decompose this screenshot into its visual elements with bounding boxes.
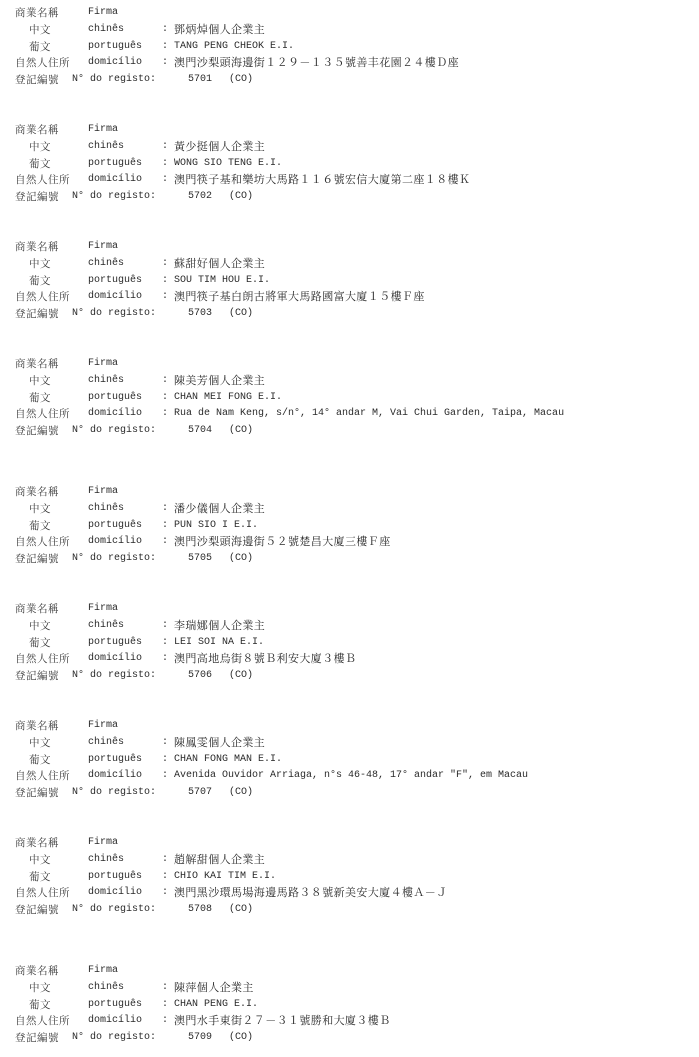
domicile-label-zh: 自然人住所	[15, 55, 70, 71]
registry-label-pt: N° do registo:	[72, 668, 156, 684]
registry-label-pt: N° do registo:	[72, 72, 156, 88]
domicile-label-pt: domicílio	[88, 651, 142, 667]
registry-tag: (CO)	[229, 1030, 253, 1046]
colon: :	[162, 534, 168, 550]
registry-number: 5706	[188, 668, 212, 684]
firm-label-pt: Firma	[88, 484, 118, 500]
colon: :	[162, 618, 168, 634]
chinese-label-zh: 中文	[29, 139, 51, 155]
chinese-label-zh: 中文	[29, 373, 51, 389]
firm-name-portuguese: CHAN MEI FONG E.I.	[174, 390, 282, 406]
registry-tag: (CO)	[229, 306, 253, 322]
portuguese-label-zh: 葡文	[29, 390, 51, 406]
portuguese-label-zh: 葡文	[29, 156, 51, 172]
registry-label-pt: N° do registo:	[72, 902, 156, 918]
registry-number: 5701	[188, 72, 212, 88]
firm-name-portuguese: CHAN PENG E.I.	[174, 997, 258, 1013]
colon: :	[162, 156, 168, 172]
firm-label-zh: 商業名稱	[15, 963, 59, 979]
firm-label-pt: Firma	[88, 356, 118, 372]
firm-label-zh: 商業名稱	[15, 718, 59, 734]
registry-label-pt: N° do registo:	[72, 551, 156, 567]
chinese-label-pt: chinês	[88, 980, 124, 996]
firm-label-zh: 商業名稱	[15, 122, 59, 138]
firm-label-zh: 商業名稱	[15, 601, 59, 617]
portuguese-label-pt: português	[88, 273, 142, 289]
domicile-label-pt: domicílio	[88, 55, 142, 71]
firm-name-chinese: 陳鳳雯個人企業主	[174, 735, 265, 751]
registry-label-pt: N° do registo:	[72, 423, 156, 439]
registry-label-zh: 登記編號	[15, 423, 59, 439]
domicile-address: 澳門沙梨頭海邊街５２號楚昌大廈三樓Ｆ座	[174, 534, 391, 550]
colon: :	[162, 273, 168, 289]
colon: :	[162, 289, 168, 305]
portuguese-label-pt: português	[88, 752, 142, 768]
portuguese-label-pt: português	[88, 390, 142, 406]
chinese-label-zh: 中文	[29, 22, 51, 38]
firm-label-zh: 商業名稱	[15, 356, 59, 372]
colon: :	[162, 852, 168, 868]
chinese-label-zh: 中文	[29, 256, 51, 272]
portuguese-label-pt: português	[88, 869, 142, 885]
colon: :	[162, 635, 168, 651]
firm-label-pt: Firma	[88, 601, 118, 617]
registry-label-pt: N° do registo:	[72, 785, 156, 801]
colon: :	[162, 651, 168, 667]
portuguese-label-pt: português	[88, 518, 142, 534]
portuguese-label-zh: 葡文	[29, 635, 51, 651]
registry-number: 5704	[188, 423, 212, 439]
chinese-label-pt: chinês	[88, 852, 124, 868]
domicile-label-zh: 自然人住所	[15, 768, 70, 784]
firm-name-portuguese: LEI SOI NA E.I.	[174, 635, 264, 651]
firm-name-chinese: 陳美芳個人企業主	[174, 373, 265, 389]
registry-label-zh: 登記編號	[15, 668, 59, 684]
portuguese-label-zh: 葡文	[29, 869, 51, 885]
chinese-label-pt: chinês	[88, 256, 124, 272]
firm-name-portuguese: CHAN FONG MAN E.I.	[174, 752, 282, 768]
colon: :	[162, 256, 168, 272]
registry-tag: (CO)	[229, 423, 253, 439]
portuguese-label-pt: português	[88, 156, 142, 172]
firm-name-chinese: 蘇甜好個人企業主	[174, 256, 265, 272]
registry-label-zh: 登記編號	[15, 306, 59, 322]
domicile-label-zh: 自然人住所	[15, 1013, 70, 1029]
domicile-address: 澳門沙梨頭海邊街１２９－１３５號善丰花園２４樓Ｄ座	[174, 55, 459, 71]
colon: :	[162, 139, 168, 155]
portuguese-label-pt: português	[88, 39, 142, 55]
portuguese-label-zh: 葡文	[29, 273, 51, 289]
domicile-address: Avenida Ouvidor Arriaga, n°s 46-48, 17° …	[174, 768, 528, 784]
portuguese-label-zh: 葡文	[29, 39, 51, 55]
domicile-label-zh: 自然人住所	[15, 289, 70, 305]
registry-tag: (CO)	[229, 551, 253, 567]
colon: :	[162, 172, 168, 188]
portuguese-label-pt: português	[88, 997, 142, 1013]
firm-name-portuguese: PUN SIO I E.I.	[174, 518, 258, 534]
colon: :	[162, 39, 168, 55]
domicile-address: 澳門水手東街２７－３１號勝和大廈３樓Ｂ	[174, 1013, 391, 1029]
domicile-address: 澳門黑沙環馬場海邊馬路３８號新美安大廈４樓Ａ－Ｊ	[174, 885, 448, 901]
chinese-label-zh: 中文	[29, 501, 51, 517]
chinese-label-pt: chinês	[88, 373, 124, 389]
colon: :	[162, 768, 168, 784]
registry-label-zh: 登記編號	[15, 189, 59, 205]
chinese-label-pt: chinês	[88, 22, 124, 38]
registry-number: 5707	[188, 785, 212, 801]
domicile-label-pt: domicílio	[88, 534, 142, 550]
registry-tag: (CO)	[229, 668, 253, 684]
colon: :	[162, 22, 168, 38]
registry-label-pt: N° do registo:	[72, 306, 156, 322]
registry-label-pt: N° do registo:	[72, 1030, 156, 1046]
firm-label-pt: Firma	[88, 963, 118, 979]
domicile-label-pt: domicílio	[88, 406, 142, 422]
registry-tag: (CO)	[229, 785, 253, 801]
domicile-label-zh: 自然人住所	[15, 172, 70, 188]
firm-label-zh: 商業名稱	[15, 484, 59, 500]
firm-name-chinese: 趙解甜個人企業主	[174, 852, 265, 868]
firm-name-chinese: 黃少挺個人企業主	[174, 139, 265, 155]
domicile-label-zh: 自然人住所	[15, 885, 70, 901]
registry-number: 5708	[188, 902, 212, 918]
chinese-label-pt: chinês	[88, 618, 124, 634]
firm-name-portuguese: WONG SIO TENG E.I.	[174, 156, 282, 172]
chinese-label-pt: chinês	[88, 139, 124, 155]
colon: :	[162, 735, 168, 751]
firm-name-portuguese: TANG PENG CHEOK E.I.	[174, 39, 294, 55]
registry-label-pt: N° do registo:	[72, 189, 156, 205]
chinese-label-pt: chinês	[88, 501, 124, 517]
domicile-address: 澳門筷子基白朗古將軍大馬路國富大廈１５樓Ｆ座	[174, 289, 425, 305]
registry-number: 5702	[188, 189, 212, 205]
registry-label-zh: 登記編號	[15, 785, 59, 801]
colon: :	[162, 501, 168, 517]
registry-label-zh: 登記編號	[15, 902, 59, 918]
firm-name-chinese: 李瑞娜個人企業主	[174, 618, 265, 634]
registry-tag: (CO)	[229, 902, 253, 918]
colon: :	[162, 869, 168, 885]
colon: :	[162, 406, 168, 422]
domicile-label-pt: domicílio	[88, 172, 142, 188]
firm-name-chinese: 潘少儀個人企業主	[174, 501, 265, 517]
colon: :	[162, 997, 168, 1013]
domicile-address: 澳門筷子基和樂坊大馬路１１６號宏信大廈第二座１８樓Ｋ	[174, 172, 470, 188]
colon: :	[162, 980, 168, 996]
firm-label-pt: Firma	[88, 5, 118, 21]
colon: :	[162, 373, 168, 389]
portuguese-label-pt: português	[88, 635, 142, 651]
registry-tag: (CO)	[229, 72, 253, 88]
colon: :	[162, 390, 168, 406]
firm-label-zh: 商業名稱	[15, 239, 59, 255]
chinese-label-pt: chinês	[88, 735, 124, 751]
colon: :	[162, 752, 168, 768]
registry-label-zh: 登記編號	[15, 551, 59, 567]
firm-name-portuguese: SOU TIM HOU E.I.	[174, 273, 270, 289]
firm-name-portuguese: CHIO KAI TIM E.I.	[174, 869, 276, 885]
registry-number: 5703	[188, 306, 212, 322]
portuguese-label-zh: 葡文	[29, 752, 51, 768]
domicile-label-pt: domicílio	[88, 768, 142, 784]
domicile-address: 澳門高地烏街８號Ｂ利安大廈３樓Ｂ	[174, 651, 356, 667]
colon: :	[162, 1013, 168, 1029]
firm-label-pt: Firma	[88, 239, 118, 255]
domicile-label-pt: domicílio	[88, 1013, 142, 1029]
chinese-label-zh: 中文	[29, 618, 51, 634]
portuguese-label-zh: 葡文	[29, 518, 51, 534]
registry-number: 5709	[188, 1030, 212, 1046]
firm-name-chinese: 陳萍個人企業主	[174, 980, 254, 996]
firm-label-pt: Firma	[88, 718, 118, 734]
firm-label-zh: 商業名稱	[15, 5, 59, 21]
firm-label-pt: Firma	[88, 835, 118, 851]
chinese-label-zh: 中文	[29, 735, 51, 751]
registry-tag: (CO)	[229, 189, 253, 205]
registry-number: 5705	[188, 551, 212, 567]
domicile-label-pt: domicílio	[88, 885, 142, 901]
registry-label-zh: 登記編號	[15, 1030, 59, 1046]
domicile-address: Rua de Nam Keng, s/n°, 14° andar M, Vai …	[174, 406, 564, 422]
domicile-label-zh: 自然人住所	[15, 406, 70, 422]
domicile-label-zh: 自然人住所	[15, 651, 70, 667]
domicile-label-zh: 自然人住所	[15, 534, 70, 550]
firm-label-zh: 商業名稱	[15, 835, 59, 851]
chinese-label-zh: 中文	[29, 852, 51, 868]
firm-name-chinese: 鄧炳焯個人企業主	[174, 22, 265, 38]
chinese-label-zh: 中文	[29, 980, 51, 996]
portuguese-label-zh: 葡文	[29, 997, 51, 1013]
firm-label-pt: Firma	[88, 122, 118, 138]
registry-label-zh: 登記編號	[15, 72, 59, 88]
colon: :	[162, 518, 168, 534]
colon: :	[162, 885, 168, 901]
colon: :	[162, 55, 168, 71]
domicile-label-pt: domicílio	[88, 289, 142, 305]
